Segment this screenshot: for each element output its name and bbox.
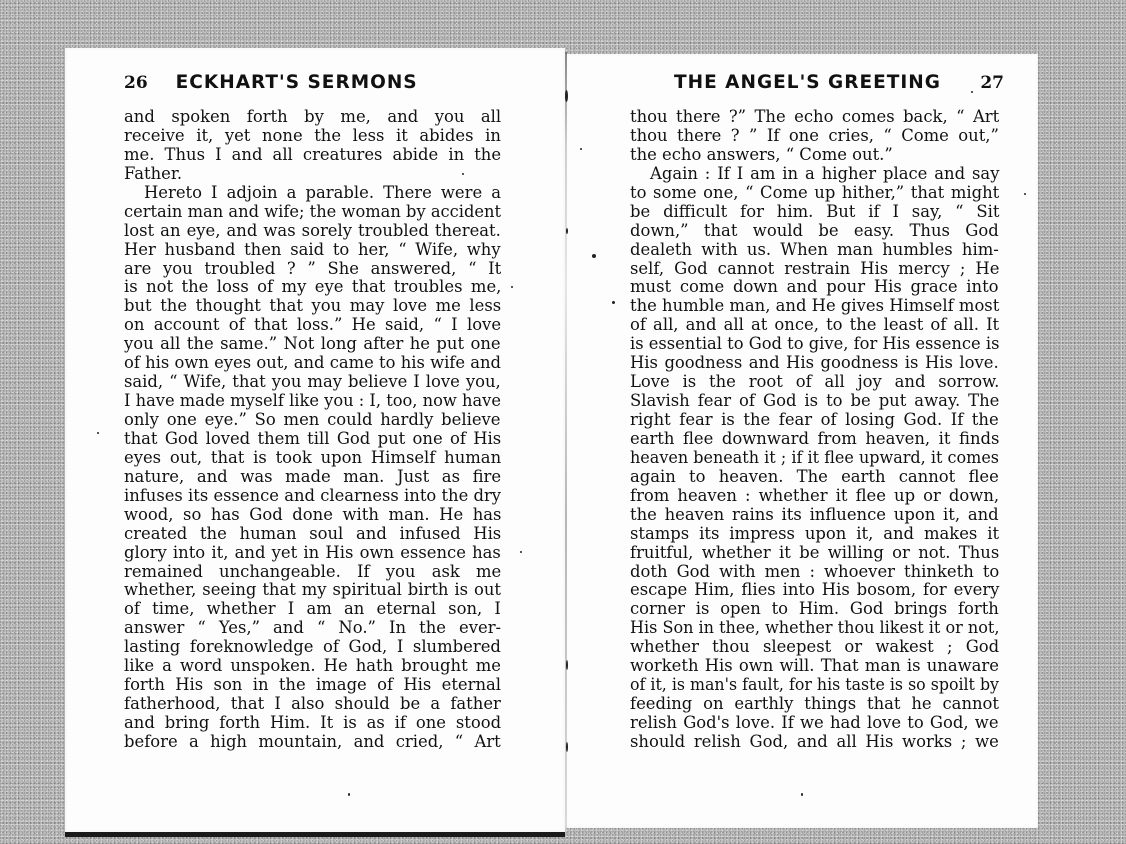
text-line: heaven beneath it ; if it flee upward, i… [630,449,999,468]
text-line: whether, seeing that my spiritual birth … [124,581,501,600]
text-line: remained unchangeable. If you ask me [124,563,501,582]
text-line: certain man and wife; the woman by accid… [124,203,501,222]
text-line: Her husband then said to her, “ Wife, wh… [124,241,501,260]
text-line: of time, whether I am an eternal son, I [124,600,501,619]
text-line: from heaven : whether it flee up or down… [630,487,999,506]
text-line: thou there ? ” If one cries, “ Come out,… [630,127,999,146]
text-line: of all, and all at once, to the least of… [630,316,999,335]
text-line: lost an eye, and was sorely troubled the… [124,222,501,241]
text-line: escape Him, flies into His bosom, for ev… [630,581,999,600]
text-line: self, God cannot restrain His mercy ; He [630,260,999,279]
text-line: Slavish fear of God is to be put away. T… [630,392,999,411]
text-line: me. Thus I and all creatures abide in th… [124,146,501,165]
left-page-number: 26 [124,73,148,93]
text-line: wood, so has God done with man. He has [124,506,501,525]
right-running-title: THE ANGEL'S GREETING [674,72,941,93]
text-line: Father. [124,165,501,184]
book-spread: 26 ECKHART'S SERMONS THE ANGEL'S GREETIN… [0,0,1126,844]
text-line: Hereto I adjoin a parable. There were a [124,184,501,203]
text-line: should relish God, and all His works ; w… [630,733,999,752]
text-line: the humble man, and He gives Himself mos… [630,297,999,316]
text-line: said, “ Wife, that you may believe I lov… [124,373,501,392]
text-line: again to heaven. The earth cannot flee [630,468,999,487]
text-line: nature, and was made man. Just as fire [124,468,501,487]
text-line: worketh His own will. That man is unawar… [630,657,999,676]
left-page-body: and spoken forth by me, and you allrecei… [124,108,501,752]
text-line: the heaven rains its influence upon it, … [630,506,999,525]
text-line: lasting foreknowledge of God, I slumbere… [124,638,501,657]
text-line: is not the loss of my eye that troubles … [124,278,501,297]
text-line: only one eye.” So men could hardly belie… [124,411,501,430]
text-line: be difficult for him. But if I say, “ Si… [630,203,999,222]
text-line: corner is open to Him. God brings forth [630,600,999,619]
left-running-title: ECKHART'S SERMONS [176,72,418,93]
text-line: down,” that would be easy. Thus God [630,222,999,241]
text-line: of his own eyes out, and came to his wif… [124,354,501,373]
text-line: infuses its essence and clearness into t… [124,487,501,506]
right-page-number: 27 [980,73,1004,93]
text-line: glory into it, and yet in His own essenc… [124,544,501,563]
text-line: Again : If I am in a higher place and sa… [630,165,999,184]
text-line: stamps its impress upon it, and makes it [630,525,999,544]
text-line: right fear is the fear of losing God. If… [630,411,999,430]
text-line: I have made myself like you : I, too, no… [124,392,501,411]
text-line: fruitful, whether it be willing or not. … [630,544,999,563]
text-line: fatherhood, that I also should be a fath… [124,695,501,714]
text-line: thou there ?” The echo comes back, “ Art [630,108,999,127]
text-line: His goodness and His goodness is His lov… [630,354,999,373]
text-line: must come down and pour His grace into [630,278,999,297]
text-line: before a high mountain, and cried, “ Art [124,733,501,752]
book-gutter [565,52,567,832]
text-line: His Son in thee, whether thou likest it … [630,619,999,638]
text-line: like a word unspoken. He hath brought me [124,657,501,676]
text-line: and bring forth Him. It is as if one sto… [124,714,501,733]
text-line: receive it, yet none the less it abides … [124,127,501,146]
right-page-body: thou there ?” The echo comes back, “ Art… [630,108,999,752]
text-line: feeding on earthly things that he cannot [630,695,999,714]
text-line: that God loved them till God put one of … [124,430,501,449]
text-line: on account of that loss.” He said, “ I l… [124,316,501,335]
text-line: earth flee downward from heaven, it find… [630,430,999,449]
text-line: eyes out, that is took upon Himself huma… [124,449,501,468]
text-line: but the thought that you may love me les… [124,297,501,316]
text-line: relish God's love. If we had love to God… [630,714,999,733]
text-line: dealeth with us. When man humbles him- [630,241,999,260]
text-line: is essential to God to give, for His ess… [630,335,999,354]
text-line: Love is the root of all joy and sorrow. [630,373,999,392]
text-line: doth God with men : whoever thinketh to [630,563,999,582]
text-line: are you troubled ? ” She answered, “ It [124,260,501,279]
right-running-head: THE ANGEL'S GREETING 27 [674,72,1004,96]
text-line: the echo answers, “ Come out.” [630,146,999,165]
text-line: answer “ Yes,” and “ No.” In the ever- [124,619,501,638]
text-line: to some one, “ Come up hither,” that mig… [630,184,999,203]
text-line: of it, is man's fault, for his taste is … [630,676,999,695]
text-line: forth His son in the image of His eterna… [124,676,501,695]
text-line: you all the same.” Not long after he put… [124,335,501,354]
text-line: created the human soul and infused His [124,525,501,544]
text-line: whether thou sleepest or wakest ; God [630,638,999,657]
text-line: and spoken forth by me, and you all [124,108,501,127]
left-running-head: 26 ECKHART'S SERMONS [124,72,504,96]
